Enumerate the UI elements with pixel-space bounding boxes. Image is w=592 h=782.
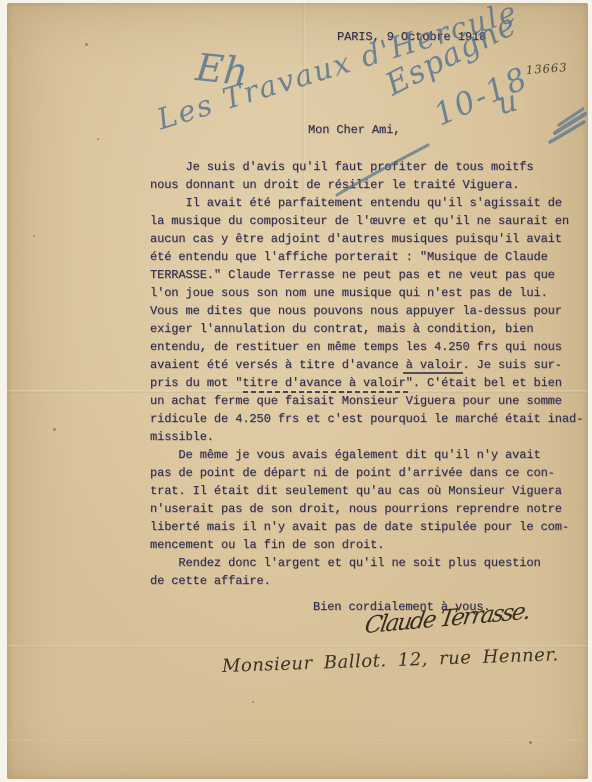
salutation: Mon Cher Ami, (308, 121, 400, 139)
paper-speck (33, 235, 35, 237)
letter-body: Je suis d'avis qu'il faut profiter de to… (150, 158, 583, 590)
paper-crease-horizontal (7, 740, 588, 742)
paper-speck (529, 741, 532, 744)
paper-speck (53, 428, 56, 431)
recipient-address: Monsieur Ballot. 12, rue Henner. (222, 644, 559, 677)
paper-speck (252, 701, 254, 703)
catalog-number: 13663 (526, 60, 568, 77)
paper-speck (97, 138, 99, 140)
typed-underline-dashed (243, 391, 409, 393)
paper-speck (85, 43, 88, 46)
letter-paper: PARIS, 9 Octobre 1918 Mon Cher Ami, Je s… (7, 3, 588, 779)
typed-underline-solid (403, 372, 463, 374)
